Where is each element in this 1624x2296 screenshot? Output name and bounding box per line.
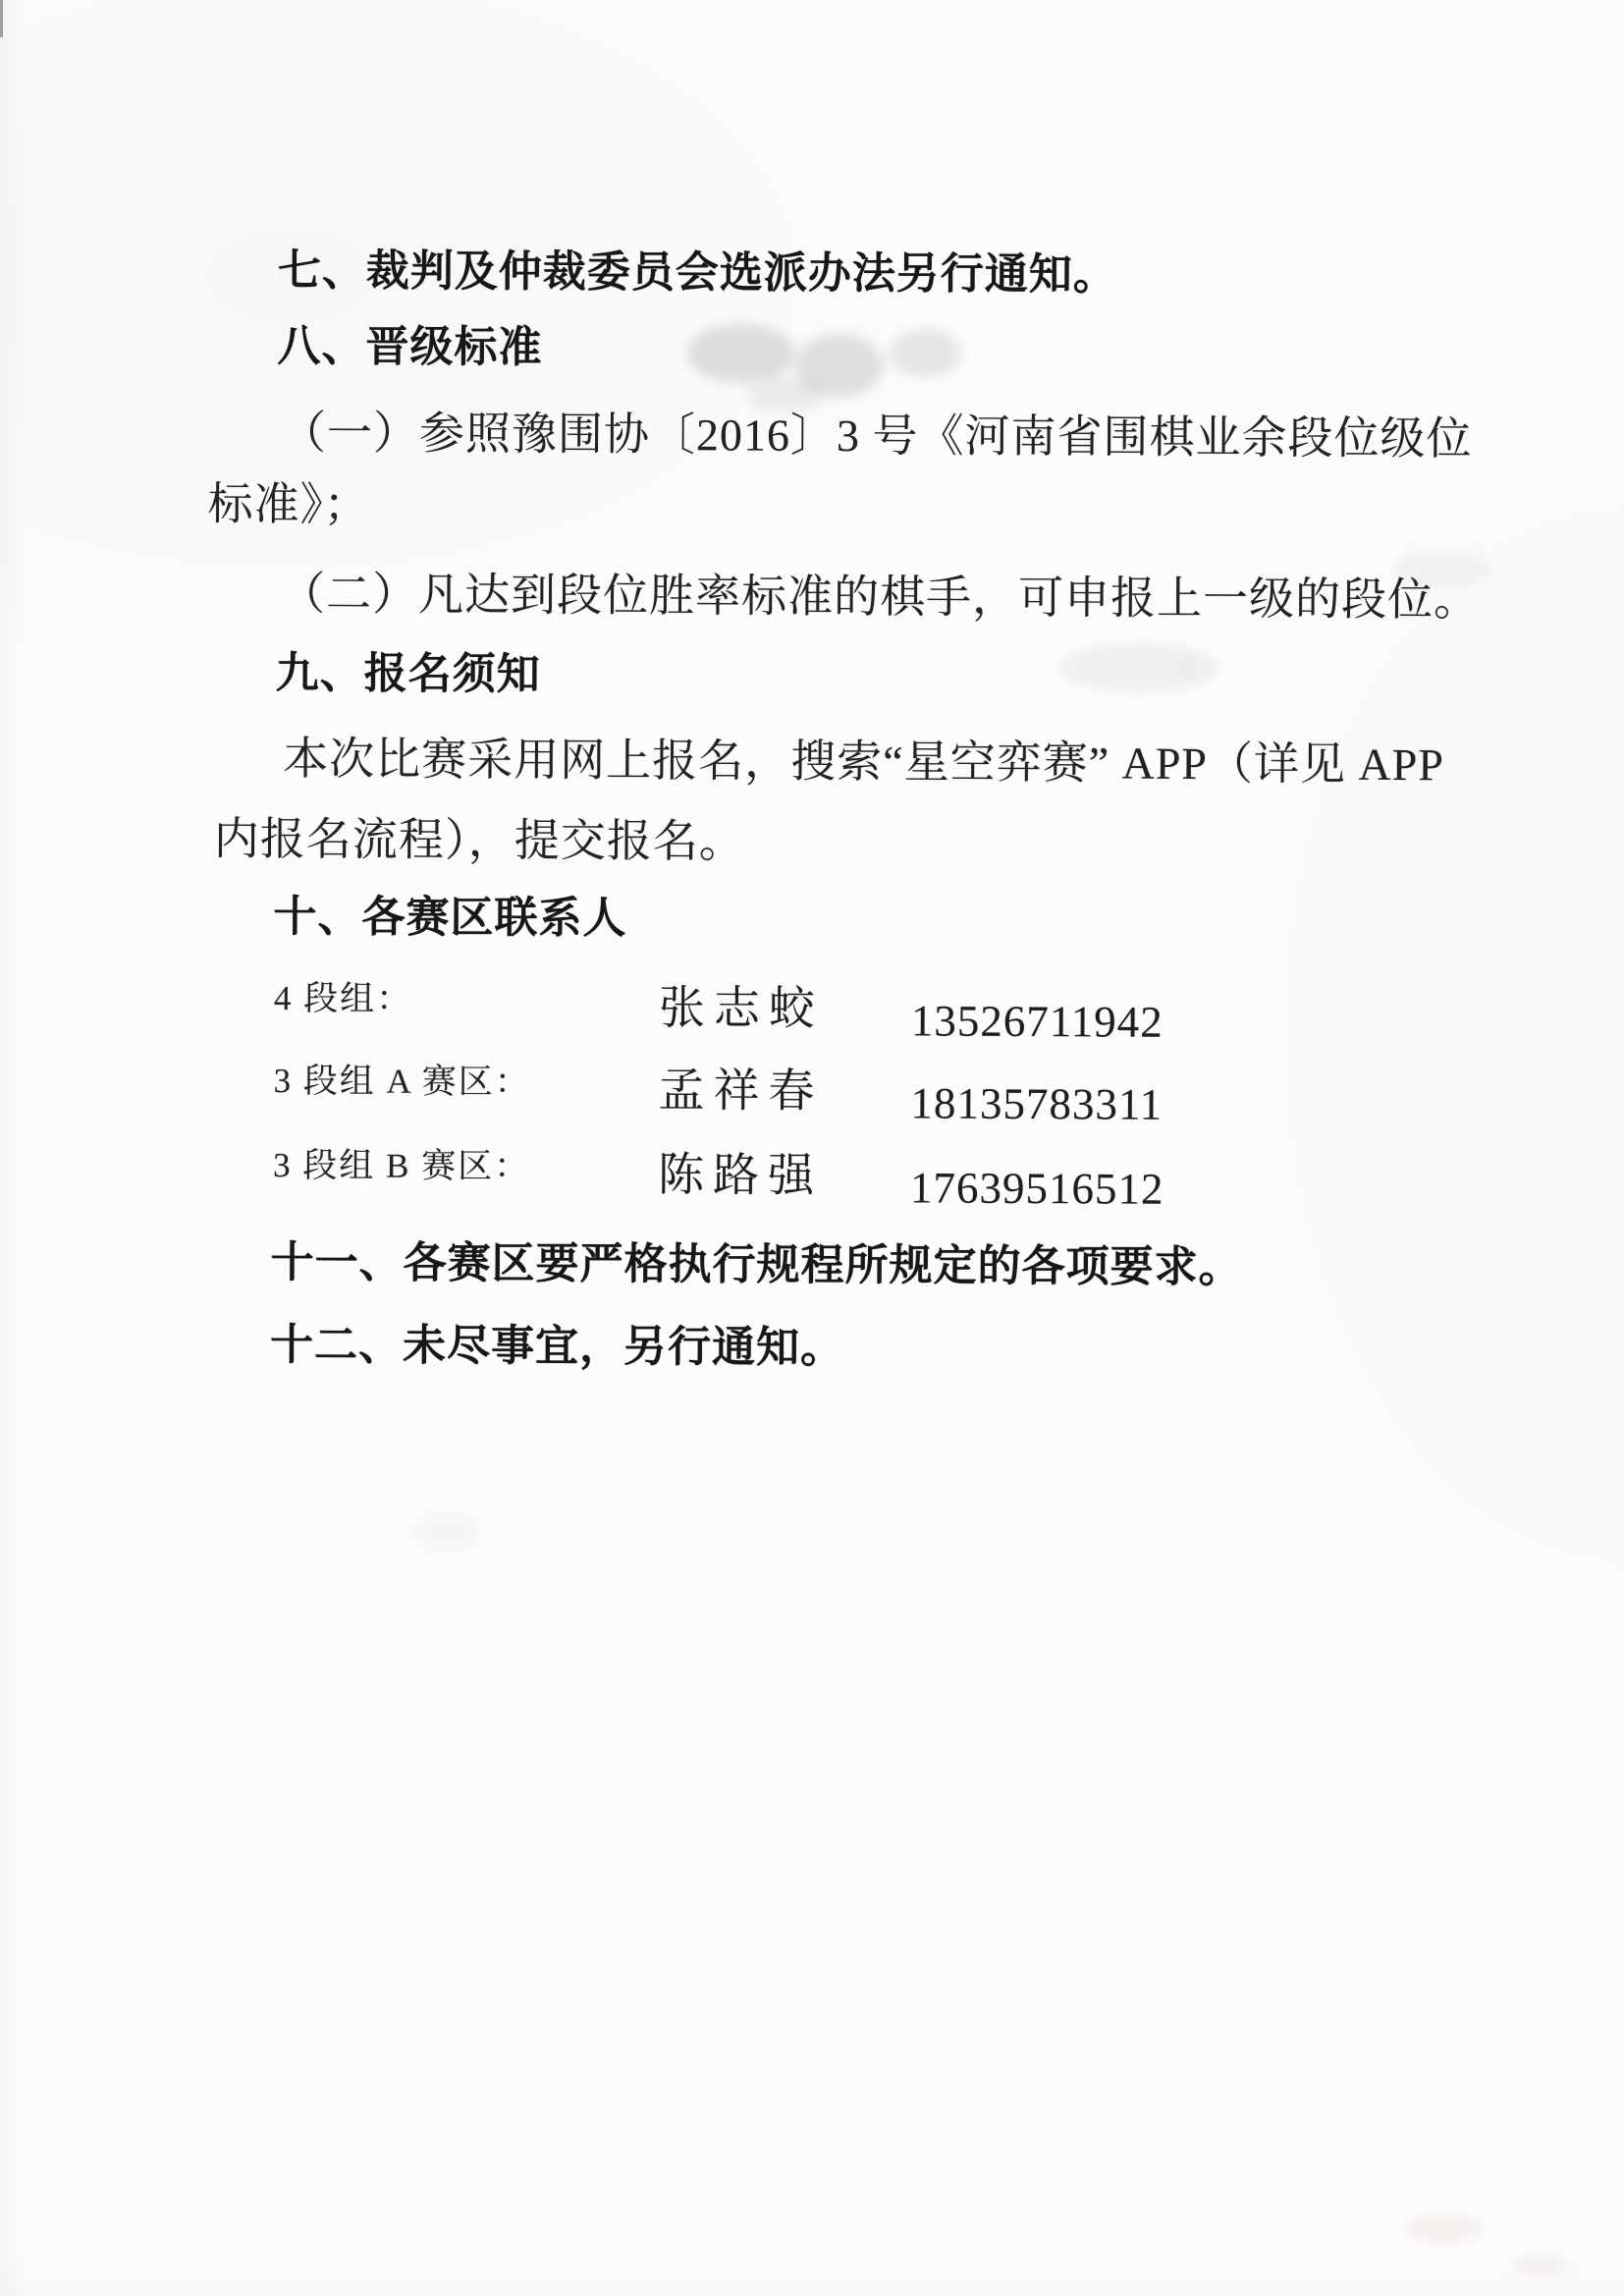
doc-line-item-8-1-a: （一）参照豫围协〔2016〕3 号《河南省围棋业余段位级位 (281, 409, 1473, 465)
doc-line-item-10: 十、各赛区联系人 (273, 894, 626, 943)
doc-line-item-8-2: （二）凡达到段位胜率标准的棋手，可申报上一级的段位。 (280, 570, 1480, 626)
doc-line-item-9-body-b: 内报名流程），提交报名。 (214, 815, 745, 867)
contact-phone: 17639516512 (910, 1164, 1164, 1214)
doc-line-item-12: 十二、未尽事宜，另行通知。 (270, 1322, 844, 1372)
doc-line-item-11: 十一、各赛区要严格执行规程所规定的各项要求。 (270, 1239, 1242, 1292)
contact-phone: 18135783311 (910, 1079, 1163, 1129)
contact-name: 张志蛟 (659, 984, 824, 1036)
contact-group: 4 段组： (274, 980, 412, 1018)
document-content: 七、裁判及仲裁委员会选派办法另行通知。 八、晋级标准 （一）参照豫围协〔2016… (0, 0, 1624, 2296)
doc-line-item-9: 九、报名须知 (276, 650, 541, 699)
contact-group: 3 段组 A 赛区： (273, 1063, 530, 1102)
contact-name: 孟祥春 (658, 1066, 823, 1119)
doc-line-item-7: 七、裁判及仲裁委员会选派办法另行通知。 (278, 247, 1117, 300)
contact-name: 陈路强 (658, 1151, 823, 1203)
contact-phone: 13526711942 (911, 997, 1164, 1047)
doc-line-item-9-body-a: 本次比赛采用网上报名，搜索“星空弈赛” APP（详见 APP (283, 735, 1444, 791)
doc-line-item-8-1-b: 标准》； (207, 480, 369, 530)
doc-line-item-8: 八、晋级标准 (277, 323, 542, 372)
scanned-page: 七、裁判及仲裁委员会选派办法另行通知。 八、晋级标准 （一）参照豫围协〔2016… (0, 0, 1624, 2296)
contact-group: 3 段组 B 赛区： (273, 1147, 530, 1186)
